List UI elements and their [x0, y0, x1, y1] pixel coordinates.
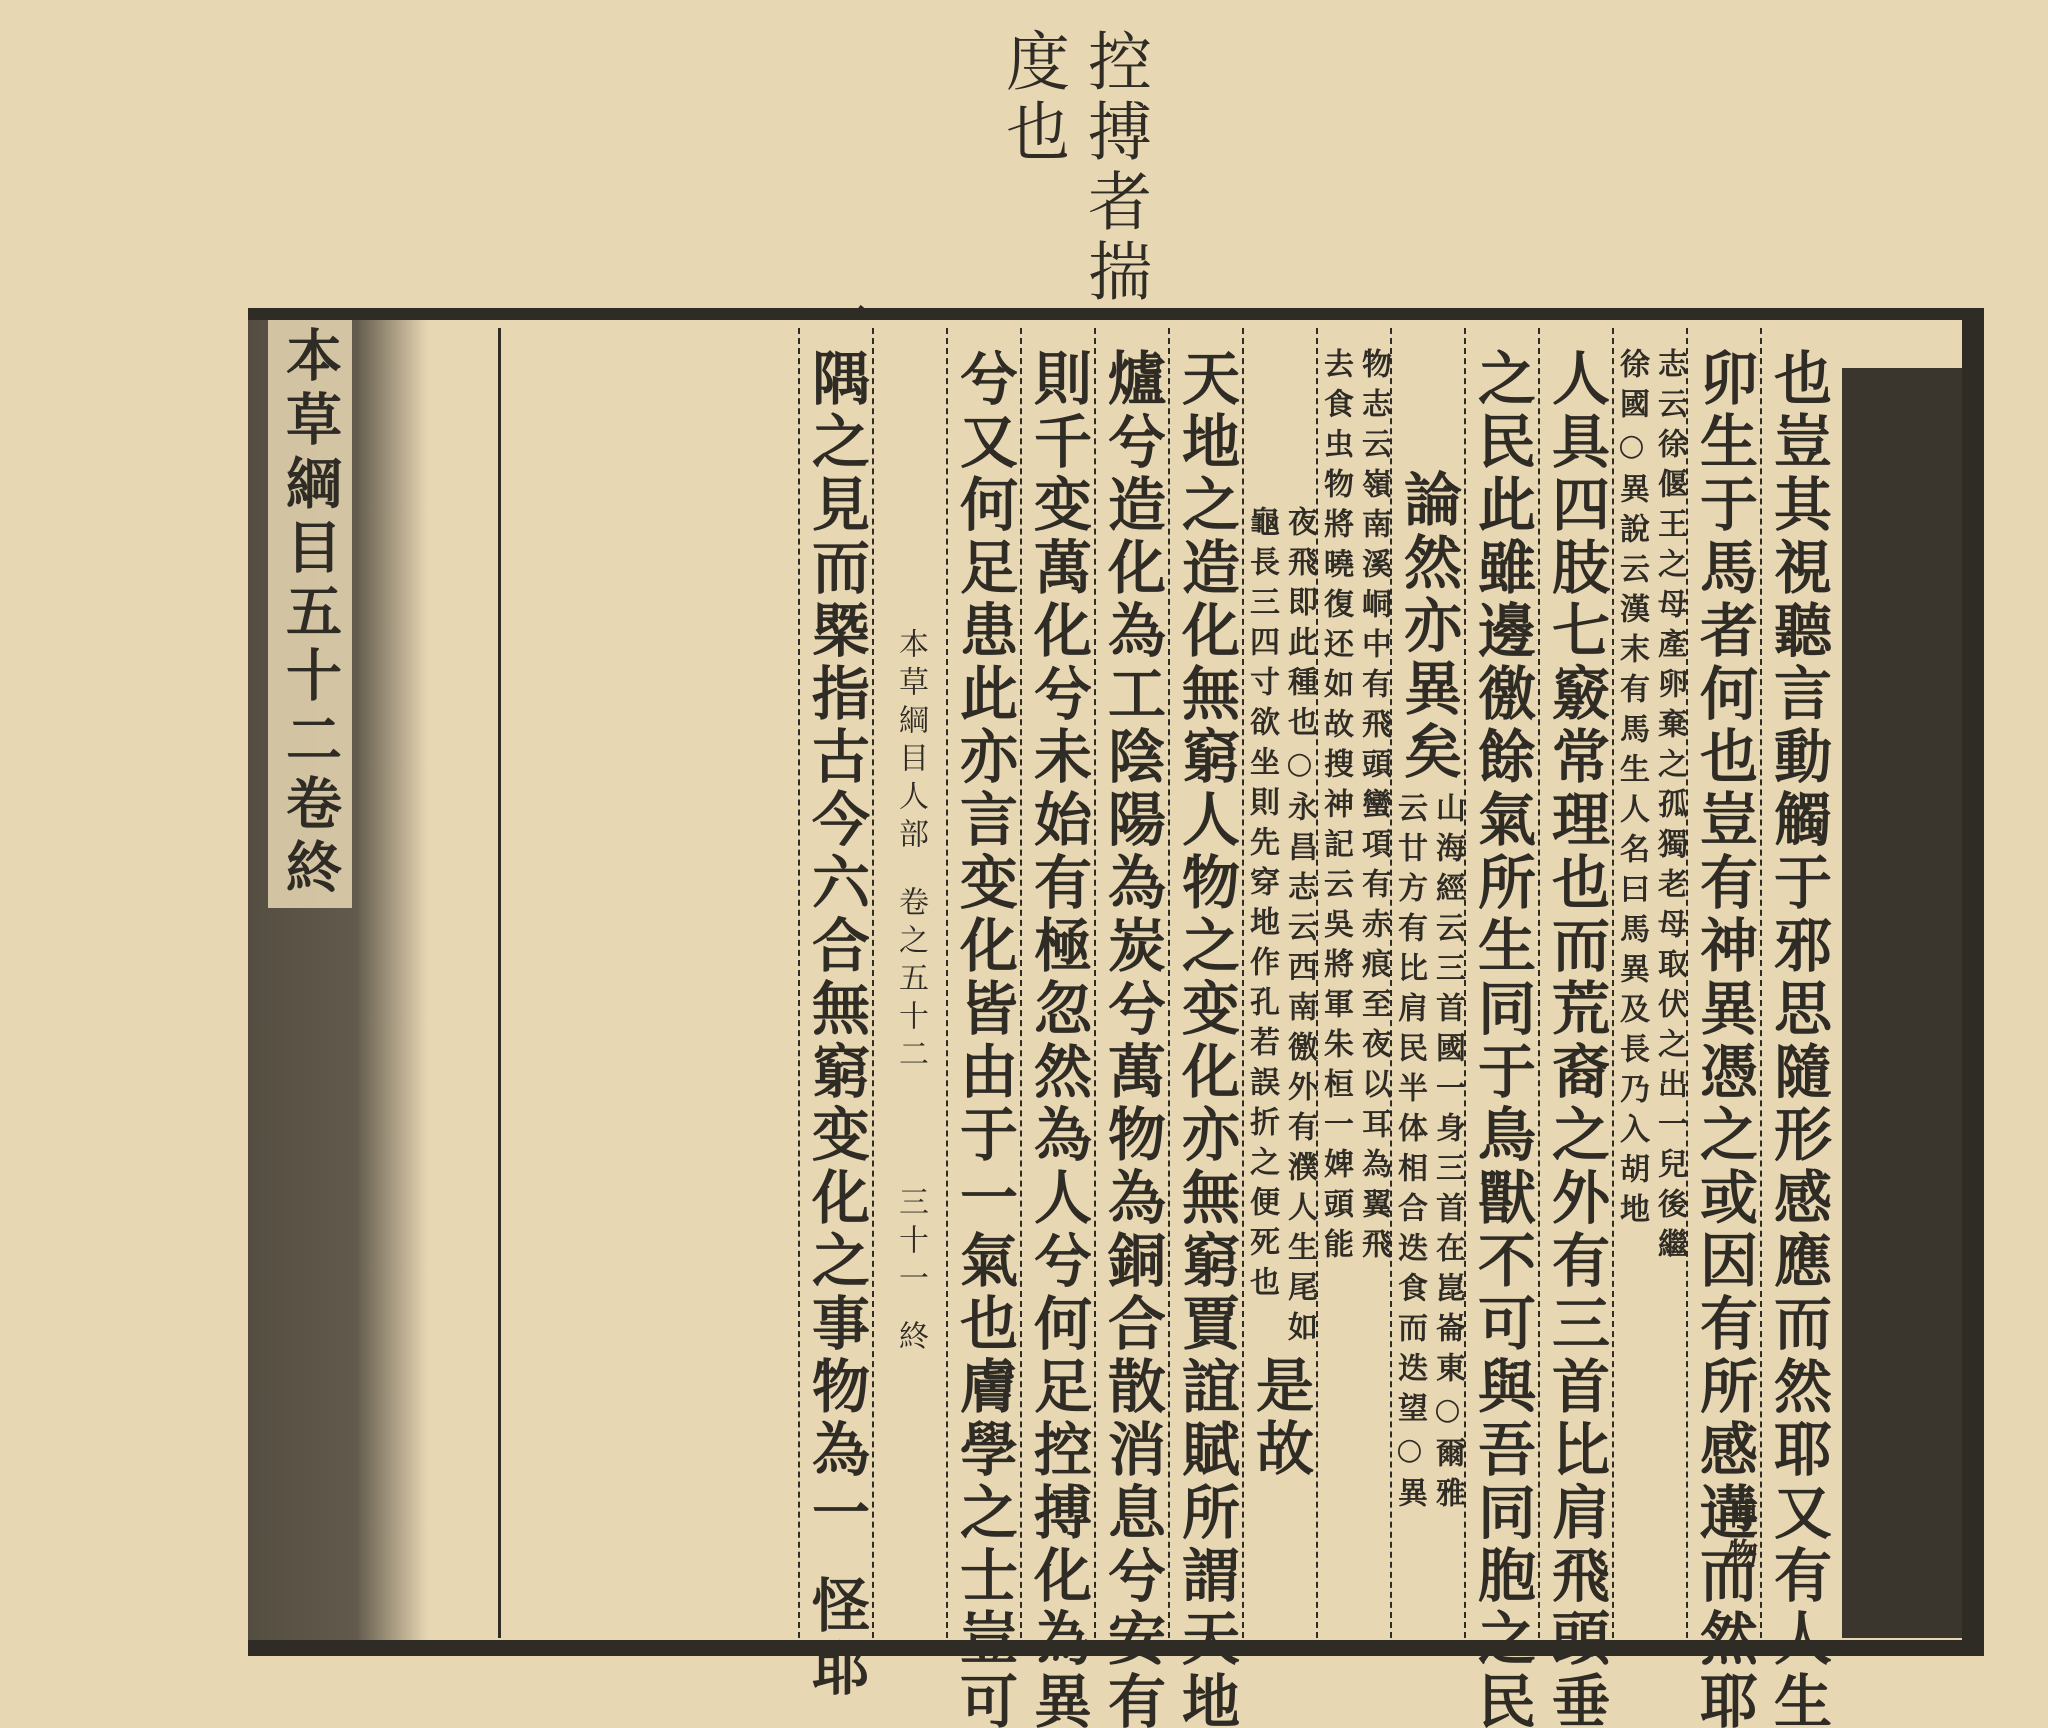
- margin-note-col-2: 度也: [1000, 28, 1064, 308]
- note-line: 夜飛即此種也○永昌志云西南徼外有濮人生尾如: [1284, 506, 1314, 1351]
- end-mark: 終: [888, 1320, 932, 1358]
- column-text: 天地之造化無窮人物之变化亦無窮賈誼賦所謂天地為: [1177, 348, 1235, 1638]
- column-tail-note: 博物: [1724, 1498, 1754, 1578]
- folio-number: 三十一: [888, 1186, 932, 1300]
- volume-label: 卷之五十二: [888, 886, 932, 1076]
- note-line: 物志云嶺南溪峒中有飛頭蠻項有赤痕至夜以耳為翼飛: [1358, 348, 1388, 1638]
- frame-border-right: [1962, 308, 1984, 1656]
- note-pair: 夜飛即此種也○永昌志云西南徼外有濮人生尾如 龜長三四寸欲坐則先穿地作孔若誤折之便…: [1244, 506, 1316, 1351]
- ink-bleed-right: [1842, 368, 1962, 1638]
- column-text: 兮又何足患此亦言变化皆由于一氣也膚學之士豈可恃: [955, 348, 1013, 1638]
- text-column: 卯生于馬者何也豈有神異憑之或因有所感遘而然耶 博物: [1686, 328, 1760, 1638]
- blank-column-area: [498, 328, 798, 1638]
- note-column: 志云徐偃王之母產卵棄之孤獨老母取伏之出一兒後繼 徐國○異說云漢末有馬生人名曰馬異…: [1612, 328, 1686, 1638]
- note-column: 物志云嶺南溪峒中有飛頭蠻項有赤痕至夜以耳為翼飛 去食虫物將曉復还如故搜神記云吳將…: [1316, 328, 1390, 1638]
- frame-border-top: [248, 308, 1984, 320]
- column-text: 則千变萬化兮未始有極忽然為人兮何足控搏化為異物: [1029, 348, 1087, 1638]
- chapter-label-column: 本草綱目人部 卷之五十二 三十一 終: [872, 328, 946, 1638]
- text-column: 爐兮造化為工陰陽為炭兮萬物為銅合散消息兮安有常: [1094, 328, 1168, 1638]
- note-column: 夜飛即此種也○永昌志云西南徼外有濮人生尾如 龜長三四寸欲坐則先穿地作孔若誤折之便…: [1242, 328, 1316, 1638]
- column-text: 卯生于馬者何也豈有神異憑之或因有所感遘而然耶: [1695, 348, 1753, 1638]
- printed-block-frame: 也豈其視聽言動觸于邪思隨形感應而然耶又有人生于 卯生于馬者何也豈有神異憑之或因有…: [248, 308, 1984, 1656]
- column-tail-text: 怪耶: [807, 1575, 865, 1701]
- colophon: 本草綱目五十二卷終: [268, 320, 352, 908]
- note-line: 龜長三四寸欲坐則先穿地作孔若誤折之便死也: [1246, 506, 1276, 1351]
- column-text: 爐兮造化為工陰陽為炭兮萬物為銅合散消息兮安有常: [1103, 348, 1161, 1638]
- column-text: 一隅之見而槩指古今六合無窮变化之事物為一: [807, 285, 865, 1545]
- text-column: 也豈其視聽言動觸于邪思隨形感應而然耶又有人生于: [1760, 328, 1834, 1638]
- text-column: 則千变萬化兮未始有極忽然為人兮何足控搏化為異物: [1020, 328, 1094, 1638]
- note-line: 山海經云三首國一身三首在崑崙東○爾雅: [1432, 792, 1462, 1517]
- text-column: 人具四肢七竅常理也而荒裔之外有三首比肩飛頭垂尾: [1538, 328, 1612, 1638]
- column-text: 也豈其視聽言動觸于邪思隨形感應而然耶又有人生于: [1769, 348, 1827, 1638]
- text-column: 兮又何足患此亦言变化皆由于一氣也膚學之士豈可恃: [946, 328, 1020, 1638]
- text-columns: 也豈其視聽言動觸于邪思隨形感應而然耶又有人生于 卯生于馬者何也豈有神異憑之或因有…: [498, 328, 1834, 1638]
- margin-note-col-1: 控搏者揣: [1082, 28, 1146, 308]
- text-column: 論然亦異矣 山海經云三首國一身三首在崑崙東○爾雅 云廿方有比肩民半体相合迭食而迭…: [1390, 328, 1464, 1638]
- text-column: 一隅之見而槩指古今六合無窮变化之事物為一 怪耶: [798, 328, 872, 1638]
- column-text: 論然亦異矣: [1399, 469, 1457, 784]
- note-line: 徐國○異說云漢末有馬生人名曰馬異及長乃入胡地: [1616, 348, 1646, 1638]
- column-text: 人具四肢七竅常理也而荒裔之外有三首比肩飛頭垂尾: [1547, 348, 1605, 1638]
- margin-annotation: 控搏者揣 度也: [1000, 28, 1146, 308]
- text-column: 之民此雖邊徼餘氣所生同于鳥獸不可與吾同胞之民例: [1464, 328, 1538, 1638]
- book-title-label: 本草綱目人部: [888, 628, 932, 856]
- text-column: 天地之造化無窮人物之变化亦無窮賈誼賦所謂天地為: [1168, 328, 1242, 1638]
- column-tail-text: 是故: [1251, 1355, 1309, 1481]
- note-line: 志云徐偃王之母產卵棄之孤獨老母取伏之出一兒後繼: [1654, 348, 1684, 1638]
- note-line: 云廿方有比肩民半体相合迭食而迭望○異: [1394, 792, 1424, 1517]
- column-text: 之民此雖邊徼餘氣所生同于鳥獸不可與吾同胞之民例: [1473, 348, 1531, 1638]
- inline-note: 山海經云三首國一身三首在崑崙東○爾雅 云廿方有比肩民半体相合迭食而迭望○異: [1392, 792, 1464, 1517]
- note-line: 去食虫物將曉復还如故搜神記云吳將軍朱桓一婢頭能: [1320, 348, 1350, 1638]
